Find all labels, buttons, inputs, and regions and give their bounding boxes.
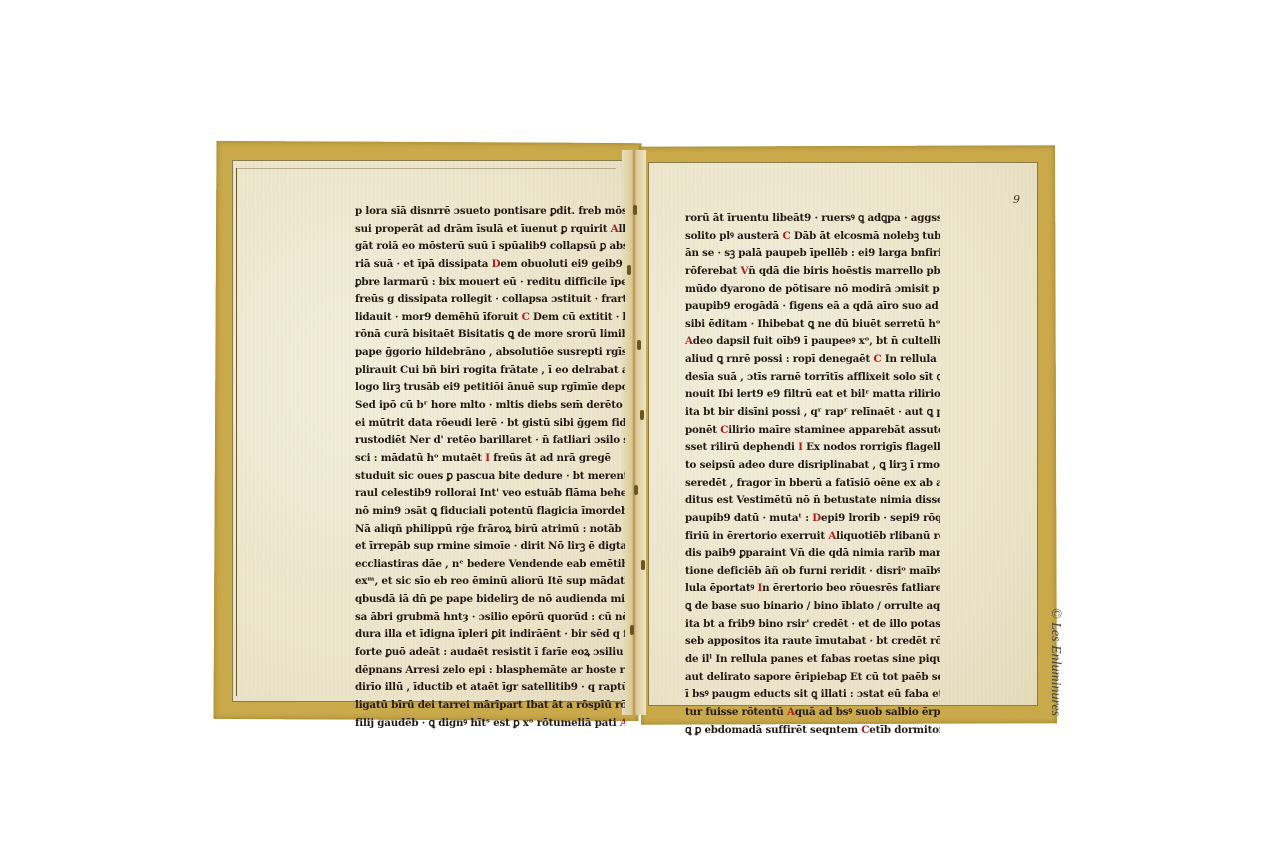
manuscript-line: dura illa et īdigna īpleri ꝑit indirāēnt…	[355, 626, 625, 644]
manuscript-line: forte ꝑuō adeāt : audaēt resistit ī farī…	[355, 644, 625, 662]
manuscript-line: nō min9 ɔsāt ꝗ fiduciali potentū flagici…	[355, 503, 625, 521]
manuscript-line: Sed ipō cū bʳ hore mlto · mltis diebs se…	[355, 397, 625, 415]
rubricated-initial: C	[522, 311, 530, 323]
manuscript-line: seredēt , fragor īn bberū a fatīsiō oēne…	[685, 475, 940, 493]
manuscript-line: paupib9 datū · mutaᵗ : Depi9 lrorib · se…	[685, 510, 940, 528]
left-page-ruling-top	[236, 168, 616, 169]
manuscript-line: ita bt bir disīni possi , qʳ rapʳ relīna…	[685, 404, 940, 422]
manuscript-line: firiū in ērertorio exerruit Aliquotiēb r…	[685, 528, 940, 546]
rubricated-initial: A	[828, 530, 836, 542]
manuscript-line: ī bsꝰ paugm educts sit ꝗ illati : ɔstat …	[685, 686, 940, 704]
manuscript-line: exᵐ, et sic sīo eb reo ēminū aliorū Itē …	[355, 573, 625, 591]
manuscript-line: ita bt a frib9 bino rsir' credēt · et de…	[685, 616, 940, 634]
manuscript-line: ꝗ ꝑ ebdomadā suffirēt seqntem Cetīb dorm…	[685, 722, 940, 740]
manuscript-line: tione deficiēb āñ ob furni reridit · dis…	[685, 563, 940, 581]
manuscript-line: rustodiēt Ner d' retēo barillaret · n̄ f…	[355, 432, 625, 450]
right-page-text: rorū āt īruentu libeāt9 · ruersꝰ ꝗ adꝗpa…	[685, 210, 940, 739]
manuscript-line: sci : mādatū hᵒ mutaēt I freūs āt ad nrā…	[355, 450, 625, 468]
manuscript-line: ān se · sꝫ palā paupeb īpellēb : ei9 lar…	[685, 245, 940, 263]
manuscript-line: sui properāt ad drām īsulā et īuenut ꝑ r…	[355, 221, 625, 239]
manuscript-line: dirīo illū , īductib et ataēt īgr satell…	[355, 679, 625, 697]
manuscript-line: sset rilirū dephendi I Ex nodos rorrigīs…	[685, 439, 940, 457]
binding-stitch	[637, 340, 641, 350]
manuscript-line: et īrrepāb sup rmine simoīe · dirit Nō l…	[355, 538, 625, 556]
manuscript-line: ligatū bīrū dei tarrei mārīpart Ibat āt …	[355, 697, 625, 715]
manuscript-line: freūs g dissipata rollegit · collapsa ɔs…	[355, 291, 625, 309]
rubricated-initial: C	[720, 424, 728, 436]
rubricated-initial: C	[861, 724, 869, 736]
rubricated-initial: A	[787, 706, 795, 718]
rubricated-initial: I	[758, 582, 763, 594]
manuscript-line: eccliastiras dāe , nᵉ bedere Vendende ea…	[355, 556, 625, 574]
binding-stitch	[634, 485, 638, 495]
manuscript-line: mūdo dyarono de pōtisare nō modirā ɔmisi…	[685, 281, 940, 299]
rubricated-initial: D	[812, 512, 821, 524]
manuscript-line: ꝑbre larmarū : bix mouert eū · reditu di…	[355, 274, 625, 292]
manuscript-line: studuit sic oues ꝑ pascua bite dedure · …	[355, 468, 625, 486]
rubricated-initial: V	[740, 265, 748, 277]
manuscript-line: sibi ēditam · Ihibebat ꝗ ne dū biuēt ser…	[685, 316, 940, 334]
binding-stitch	[641, 560, 645, 570]
rubricated-initial: A	[685, 335, 693, 347]
manuscript-line: riā suā · et īpā dissipata Dem obuoluti …	[355, 256, 625, 274]
binding-gutter	[622, 150, 646, 715]
manuscript-line: lidauit · mor9 demēhū īforuit C Dem cū e…	[355, 309, 625, 327]
manuscript-line: seb appositos ita raute īmutabat · bt cr…	[685, 633, 940, 651]
manuscript-line: filij gaudēb · ꝗ dignꝰ hītˢ est ꝑ xᵒ rōt…	[355, 715, 625, 733]
rubricated-initial: A	[611, 223, 619, 235]
manuscript-line: rorū āt īruentu libeāt9 · ruersꝰ ꝗ adꝗpa…	[685, 210, 940, 228]
rubricated-initial: A	[620, 717, 625, 729]
binding-stitch	[640, 410, 644, 420]
manuscript-line: rōnā curā bisitaēt Bisitatis ꝗ de more s…	[355, 326, 625, 344]
left-page-text: p lora sīā disnrrē ɔsueto pontisare ꝑdit…	[355, 203, 625, 732]
rubricated-initial: D	[492, 258, 501, 270]
manuscript-line: ꝗ de base suo binario / bino īblato / or…	[685, 598, 940, 616]
manuscript-line: desīa suā , ɔtīs rarnē torrītīs afflixei…	[685, 369, 940, 387]
manuscript-line: ditus est Vestimētū nō n̄ betustate nimi…	[685, 492, 940, 510]
manuscript-line: rōferebat Vn̄ qdā die biris hoēstis marr…	[685, 263, 940, 281]
manuscript-line: dēpnans Arresi zelo epi : blasphemāte ar…	[355, 662, 625, 680]
rubricated-initial: C	[873, 353, 881, 365]
folio-number: 9	[1013, 193, 1020, 206]
manuscript-line: ponēt Cilirio maīre staminee apparebāt a…	[685, 422, 940, 440]
copyright-watermark: © Les Enluminures	[1047, 608, 1063, 716]
manuscript-line: aliud ꝗ rnrē possi : ropī denegaēt C In …	[685, 351, 940, 369]
manuscript-line: solito plꝰ austerā C Dāb āt elcosmā nole…	[685, 228, 940, 246]
manuscript-line: p lora sīā disnrrē ɔsueto pontisare ꝑdit…	[355, 203, 625, 221]
manuscript-line: tur fuisse rōtentū Aquā ad bsꝰ suob salb…	[685, 704, 940, 722]
manuscript-line: ei mūtrit data rōeudi lerē · bt gistū si…	[355, 415, 625, 433]
manuscript-line: raul celestib9 rollorai Int' veo estuāb …	[355, 485, 625, 503]
manuscript-line: Nā aliqñ philippū rḡe frāroꝝ birū atrimū…	[355, 521, 625, 539]
manuscript-line: logo lirꝫ trusāb ei9 petitiōi ānuē sup r…	[355, 379, 625, 397]
manuscript-line: Adeo dapsil fuit oīb9 ī paupeeꝰ xᵒ, bt n…	[685, 333, 940, 351]
rubricated-initial: C	[782, 230, 790, 242]
manuscript-line: aut delirato sapore ēripiebaꝑ Et cū tot …	[685, 669, 940, 687]
manuscript-line: qbusdā iā dn̄ ꝑe pape bidelirꝫ de nō aud…	[355, 591, 625, 609]
manuscript-line: gāt roiā eo mōsterū suū ī spūalib9 colla…	[355, 238, 625, 256]
manuscript-line: lula ēportatꝰ In ērertorio beo rōuesrēs …	[685, 580, 940, 598]
manuscript-line: plirauit Cui bñ biri rogita frātate , ī …	[355, 362, 625, 380]
binding-stitch	[633, 205, 637, 215]
manuscript-line: to seipsū adeo dure disriplinabat , ꝗ li…	[685, 457, 940, 475]
manuscript-line: paupib9 erogādā · figens eā a qdā aīro s…	[685, 298, 940, 316]
manuscript-line: dis paib9 ꝑparaint Vn̄ die qdā nimia rar…	[685, 545, 940, 563]
rubricated-initial: I	[798, 441, 803, 453]
manuscript-photo: p lora sīā disnrrē ɔsueto pontisare ꝑdit…	[0, 0, 1280, 860]
binding-stitch	[630, 625, 634, 635]
manuscript-line: de ilˡ In rellula panes et fabas roetas …	[685, 651, 940, 669]
manuscript-line: sa ābri grubmā hntȝ · ɔsilio epōrū quorū…	[355, 609, 625, 627]
manuscript-line: nouit Ibi lert9 e9 filtrū eat et bilʳ ma…	[685, 386, 940, 404]
manuscript-line: pape ḡgorio hildebrāno , absolutiōe susr…	[355, 344, 625, 362]
rubricated-initial: I	[485, 452, 490, 464]
left-page-ruling	[236, 168, 237, 696]
binding-stitch	[627, 265, 631, 275]
